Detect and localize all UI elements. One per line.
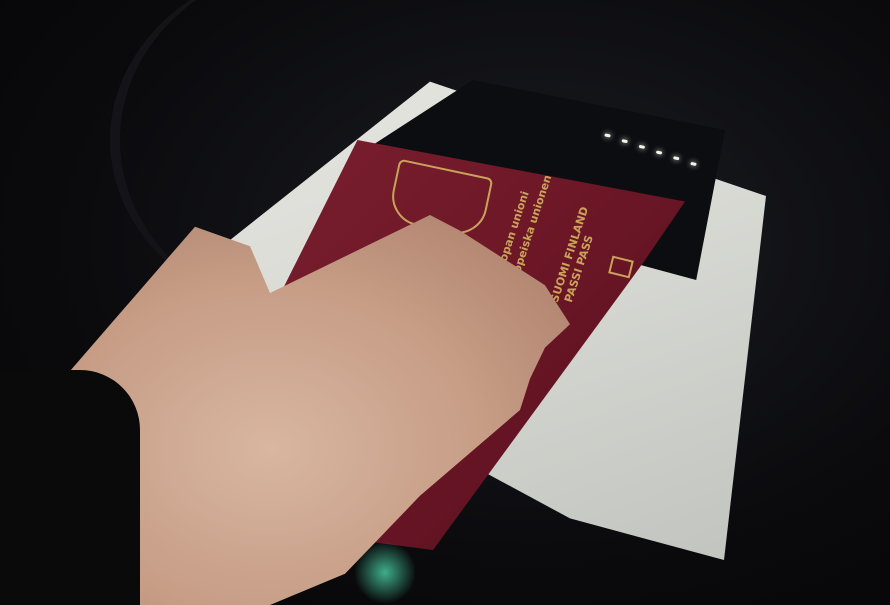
green-light-glow	[355, 540, 415, 605]
passport-scan-photo: Euroopan unioni Europeiska unionen SUOMI…	[0, 0, 890, 605]
hand	[70, 215, 570, 605]
sleeve	[0, 370, 140, 605]
